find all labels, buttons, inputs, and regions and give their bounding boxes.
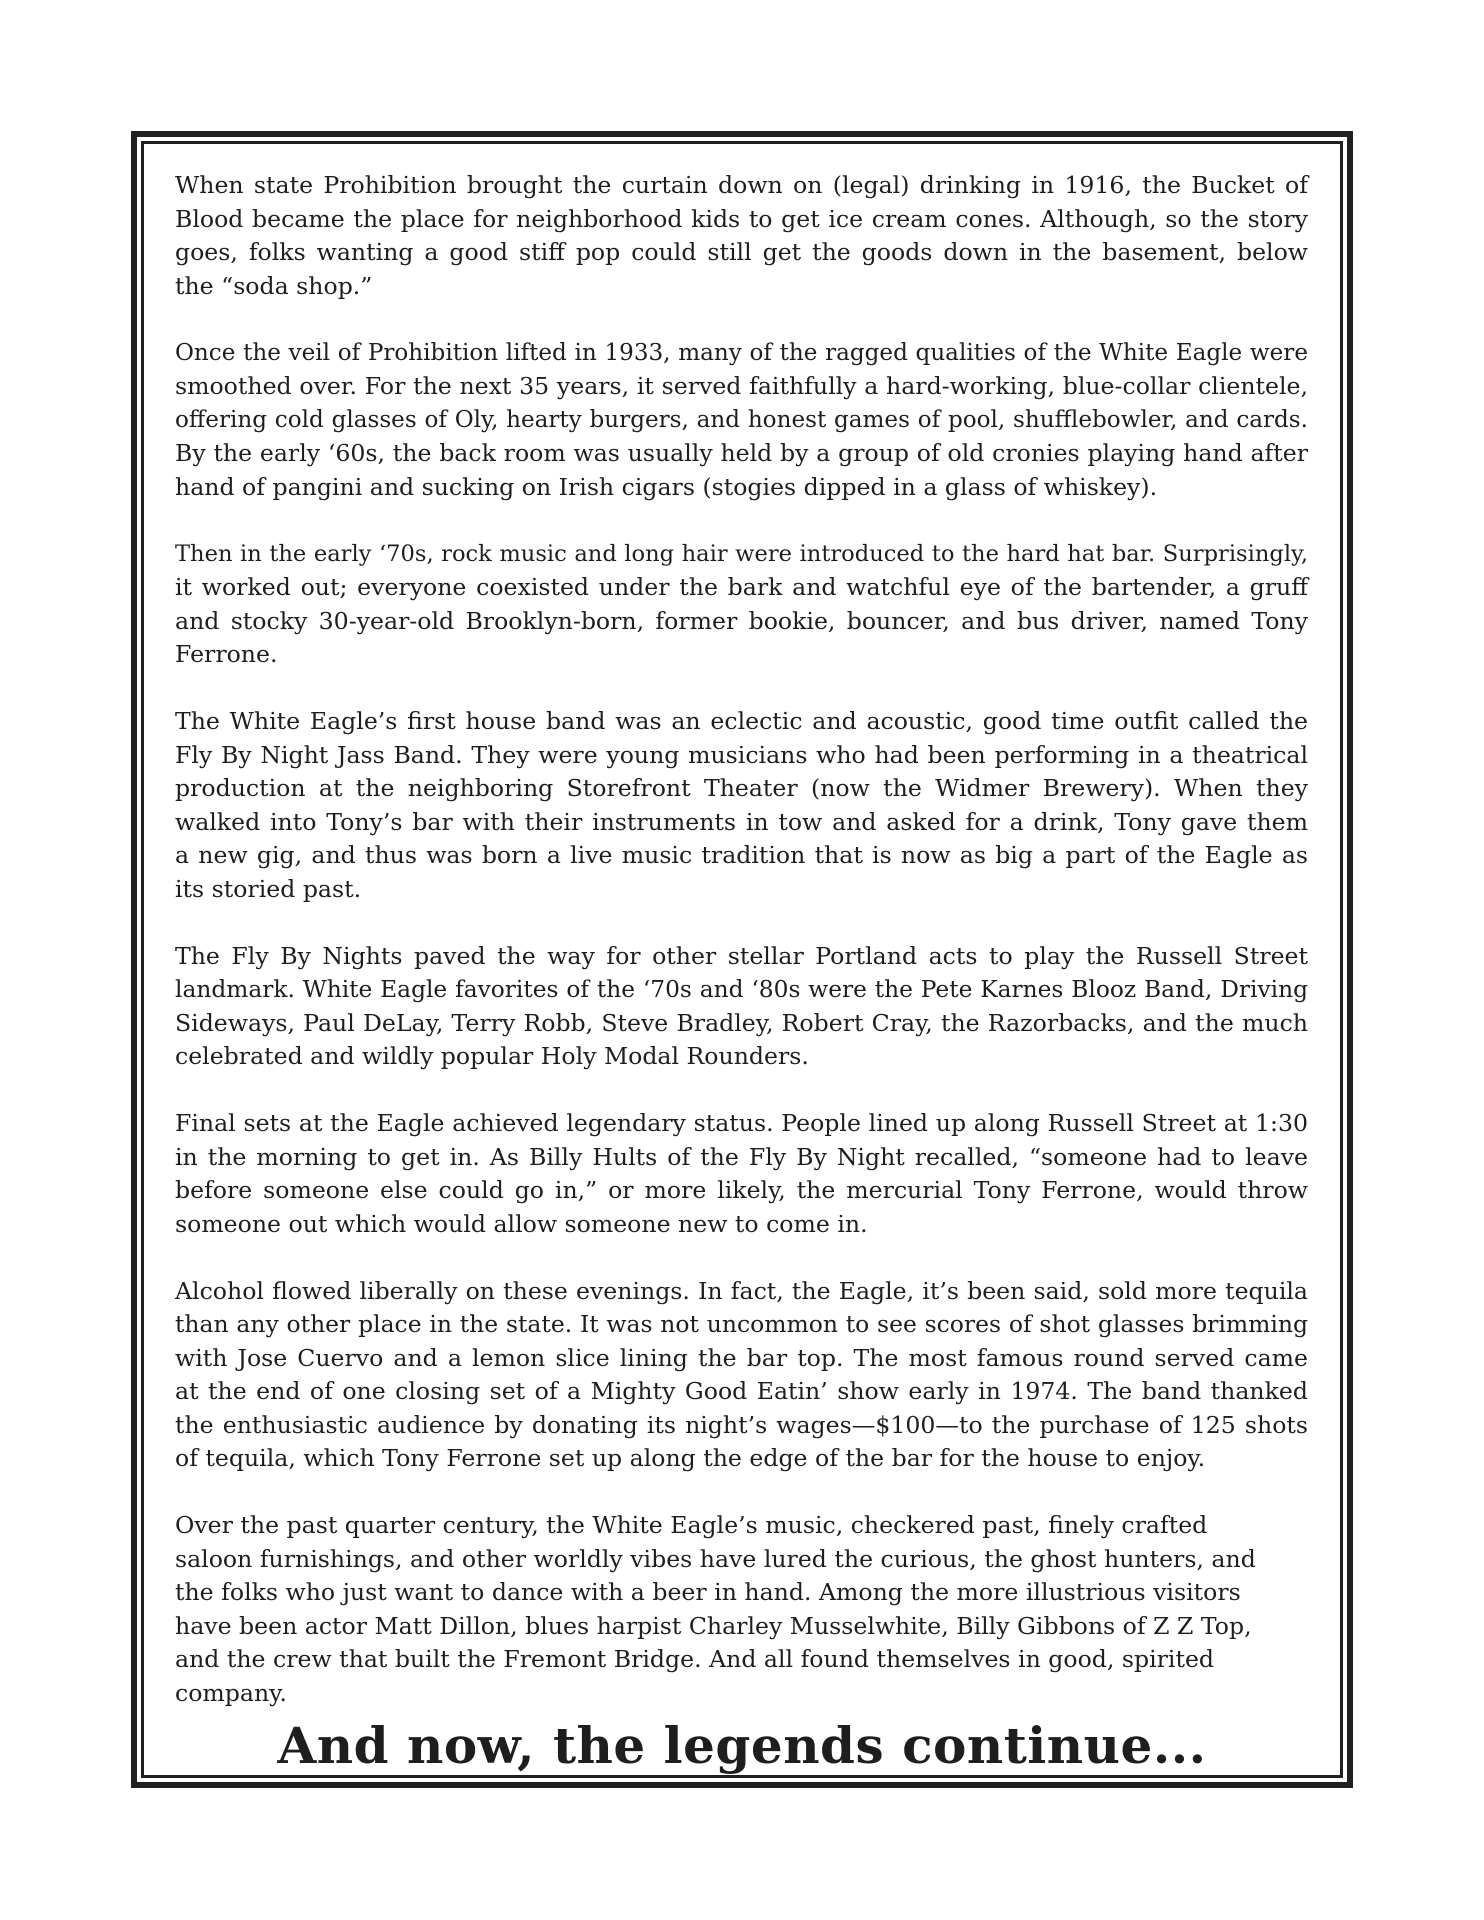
paragraph-line: at the end of one closing set of a Might… [175,1375,1308,1409]
paragraph-line: than any other place in the state. It wa… [175,1308,1308,1342]
paragraph-line: before someone else could go in,” or mor… [175,1174,1308,1208]
paragraph-line: The Fly By Nights paved the way for othe… [175,940,1308,974]
paragraph-line: the folks who just want to dance with a … [175,1576,1308,1610]
paragraph-line: and stocky 30-year-old Brooklyn-born, fo… [175,605,1308,639]
paragraph-line: with Jose Cuervo and a lemon slice linin… [175,1342,1308,1376]
paragraph-line: in the morning to get in. As Billy Hults… [175,1141,1308,1175]
paragraph-line: celebrated and wildly popular Holy Modal… [175,1040,1308,1074]
paragraph-line: production at the neighboring Storefront… [175,772,1308,806]
paragraph-line: goes, folks wanting a good stiff pop cou… [175,236,1308,270]
paragraph-prohibition: When state Prohibition brought the curta… [175,169,1308,303]
paragraph-seventies: Then in the early ‘70s, rock music and l… [175,538,1308,672]
paragraph-line: Once the veil of Prohibition lifted in 1… [175,337,1308,371]
paragraph-line: Then in the early ‘70s, rock music and l… [175,538,1308,572]
paragraph-final-sets: Final sets at the Eagle achieved legenda… [175,1107,1308,1241]
paragraph-line: Ferrone. [175,638,1308,672]
paragraph-line: Sideways, Paul DeLay, Terry Robb, Steve … [175,1007,1308,1041]
paragraph-line: its storied past. [175,873,1308,907]
paragraph-line: The White Eagle’s first house band was a… [175,705,1308,739]
inner-border-frame: When state Prohibition brought the curta… [141,141,1343,1778]
paragraph-line: Over the past quarter century, the White… [175,1509,1308,1543]
paragraph-line: smoothed over. For the next 35 years, it… [175,370,1308,404]
paragraph-house-band: The White Eagle’s first house band was a… [175,705,1308,906]
paragraph-line: Fly By Night Jass Band. They were young … [175,739,1308,773]
paragraph-line: the “soda shop.” [175,270,1308,304]
paragraph-line: it worked out; everyone coexisted under … [175,571,1308,605]
paragraph-tequila: Alcohol flowed liberally on these evenin… [175,1275,1308,1476]
paragraph-line: the enthusiastic audience by donating it… [175,1409,1308,1443]
paragraph-line: By the early ‘60s, the back room was usu… [175,437,1308,471]
paragraph-line: saloon furnishings, and other worldly vi… [175,1543,1308,1577]
paragraph-line: have been actor Matt Dillon, blues harpi… [175,1610,1308,1644]
paragraph-line: Final sets at the Eagle achieved legenda… [175,1107,1308,1141]
article-body: When state Prohibition brought the curta… [175,169,1308,1744]
paragraph-post-prohibition: Once the veil of Prohibition lifted in 1… [175,337,1308,505]
paragraph-line: When state Prohibition brought the curta… [175,169,1308,203]
paragraph-line: and the crew that built the Fremont Brid… [175,1643,1308,1677]
paragraph-line: a new gig, and thus was born a live musi… [175,839,1308,873]
paragraph-line: of tequila, which Tony Ferrone set up al… [175,1442,1308,1476]
paragraph-quarter-century: Over the past quarter century, the White… [175,1509,1308,1710]
paragraph-line: Blood became the place for neighborhood … [175,203,1308,237]
document-page: When state Prohibition brought the curta… [0,0,1484,1920]
paragraph-line: someone out which would allow someone ne… [175,1208,1308,1242]
paragraph-line: landmark. White Eagle favorites of the ‘… [175,973,1308,1007]
closing-heading: And now, the legends continue... [144,1716,1340,1776]
paragraph-line: company. [175,1677,1308,1711]
paragraph-portland-acts: The Fly By Nights paved the way for othe… [175,940,1308,1074]
paragraph-line: hand of pangini and sucking on Irish cig… [175,471,1308,505]
paragraph-line: offering cold glasses of Oly, hearty bur… [175,404,1308,438]
paragraph-line: walked into Tony’s bar with their instru… [175,806,1308,840]
paragraph-line: Alcohol flowed liberally on these evenin… [175,1275,1308,1309]
outer-border-frame: When state Prohibition brought the curta… [131,131,1353,1788]
